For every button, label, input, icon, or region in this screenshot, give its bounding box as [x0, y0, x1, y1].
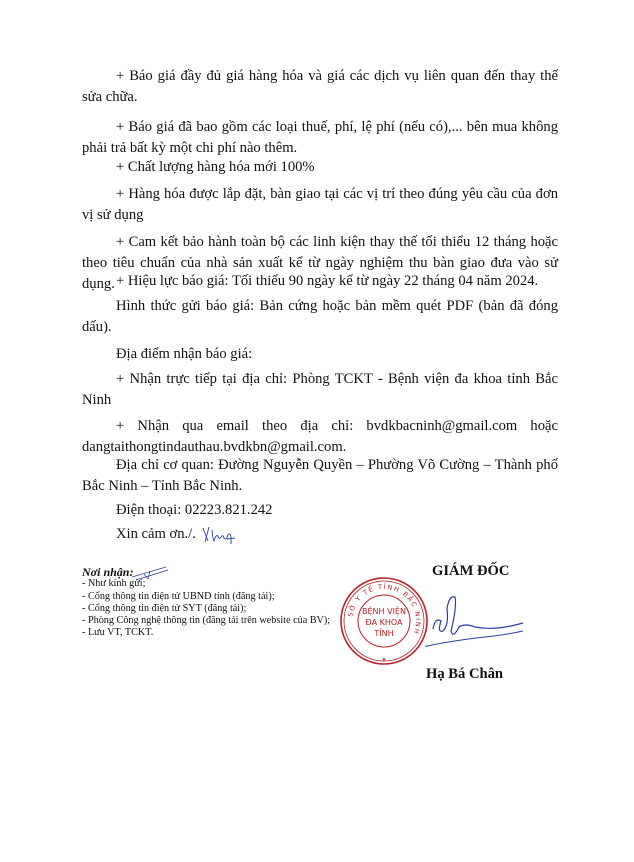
recipient-item: - Lưu VT, TCKT. [82, 627, 330, 639]
director-name: Hạ Bá Chân [426, 666, 503, 683]
svg-text:★: ★ [382, 657, 387, 663]
document-page: + Báo giá đầy đủ giá hàng hóa và giá các… [0, 0, 634, 862]
paragraph-taxes-included: + Báo giá đã bao gồm các loại thuế, phí,… [82, 117, 558, 159]
paragraph-validity: + Hiệu lực báo giá: Tối thiểu 90 ngày kể… [82, 271, 558, 292]
recipient-item: - Cổng thông tin điện tử UBND tỉnh (đăng… [82, 591, 330, 603]
recipient-scribble-icon [130, 565, 170, 583]
svg-text:BỆNH VIỆN: BỆNH VIỆN [362, 605, 406, 617]
paragraph-phone: Điện thoại: 02223.821.242 [82, 500, 558, 521]
initials-signature-icon [200, 524, 240, 546]
recipient-item: - Như kính gửi; [82, 578, 330, 590]
svg-text:ĐA KHOA: ĐA KHOA [366, 618, 403, 627]
svg-text:TỈNH: TỈNH [373, 627, 393, 638]
paragraph-submission-form: Hình thức gửi báo giá: Bản cứng hoặc bản… [82, 296, 558, 338]
paragraph-installation: + Hàng hóa được lắp đặt, bàn giao tại cá… [82, 184, 558, 226]
paragraph-address: Địa chỉ cơ quan: Đường Nguyễn Quyền – Ph… [82, 455, 558, 497]
recipients-block: Nơi nhận: - Như kính gửi; - Cổng thông t… [82, 566, 330, 640]
recipient-item: - Phòng Công nghệ thông tin (đăng tải tr… [82, 615, 330, 627]
paragraph-thanks: Xin cảm ơn./. [82, 524, 558, 545]
official-stamp-icon: SỞ Y TẾ TỈNH BẮC NINH BỆNH VIỆN ĐA KHOA … [338, 575, 430, 667]
recipient-item: - Cổng thông tin điện tử SYT (đăng tải); [82, 603, 330, 615]
paragraph-full-price: + Báo giá đầy đủ giá hàng hóa và giá các… [82, 66, 558, 108]
paragraph-email: + Nhận qua email theo địa chỉ: bvdkbacni… [82, 416, 558, 458]
recipients-title: Nơi nhận: [82, 566, 330, 578]
director-signature-icon [425, 587, 525, 657]
paragraph-receiving-location: Địa điểm nhận báo giá: [82, 344, 558, 365]
paragraph-in-person: + Nhận trực tiếp tại địa chỉ: Phòng TCKT… [82, 369, 558, 411]
director-title: GIÁM ĐỐC [432, 563, 509, 580]
paragraph-quality: + Chất lượng hàng hóa mới 100% [82, 157, 558, 178]
